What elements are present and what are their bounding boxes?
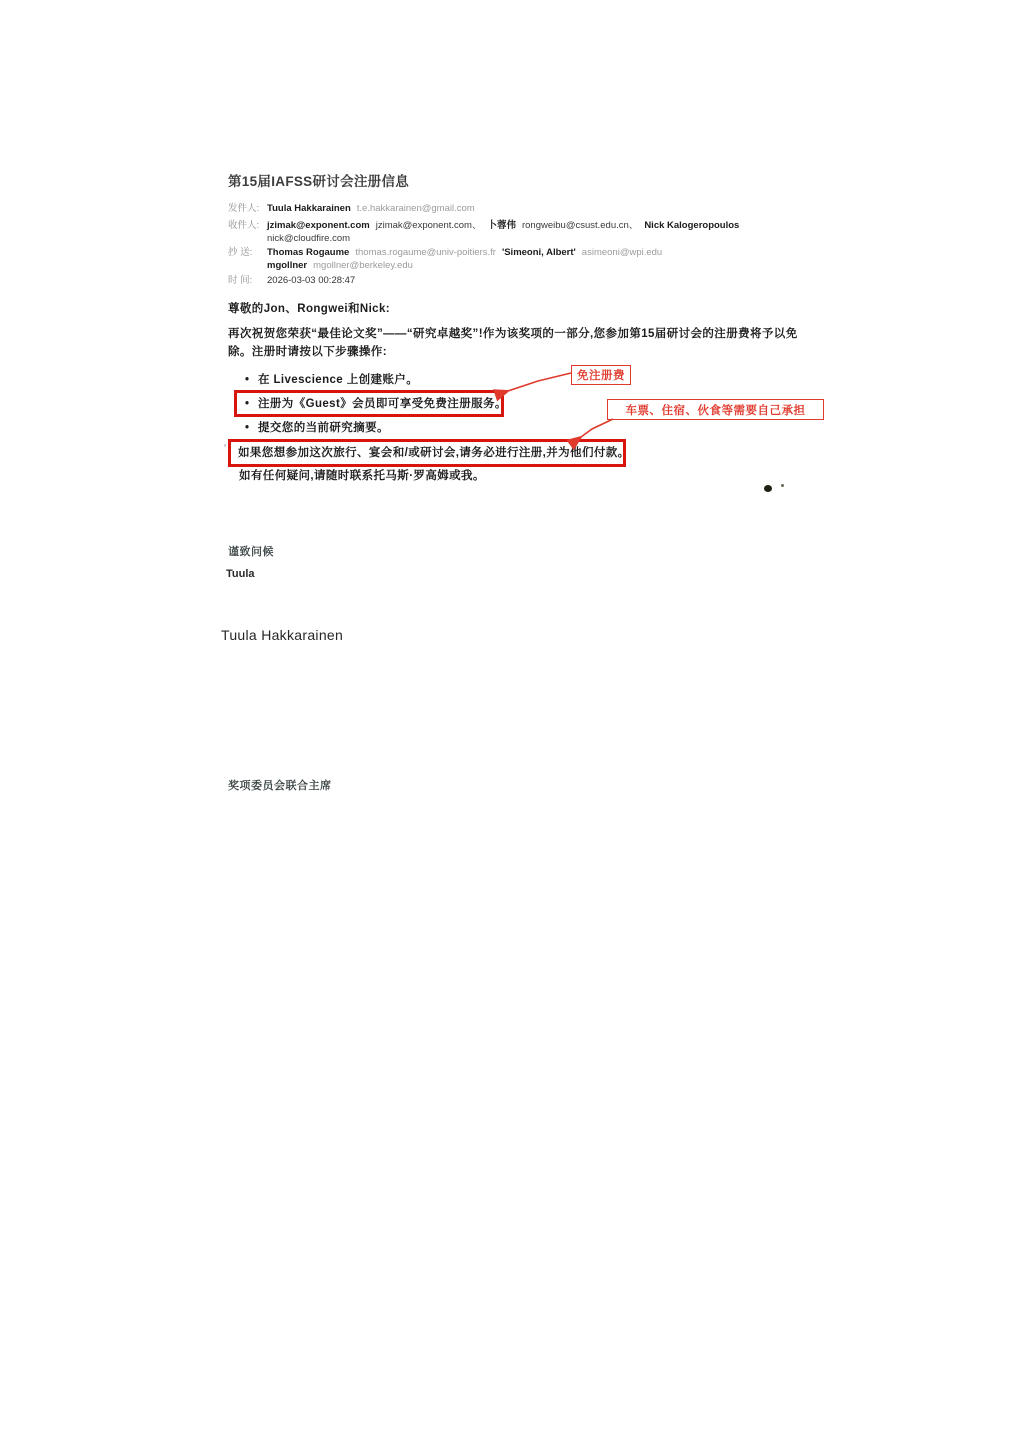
from-name: Tuula Hakkarainen	[267, 203, 351, 214]
email-document-page: { "colors": { "heavy_box_red": "#d7150c"…	[0, 0, 1024, 1448]
header-time-row: 时 间:2026-03-03 00:28:47	[228, 275, 355, 287]
email-subject: 第15届IAFSS研讨会注册信息	[228, 170, 409, 190]
ink-smudge	[764, 485, 772, 492]
to-email-3: nick@cloudfire.com	[267, 233, 350, 244]
bullet-icon: •	[245, 374, 258, 386]
signature-role-title: 奖项委员会联合主席	[228, 777, 332, 793]
bullet-item-submit-abstract: •提交您的当前研究摘要。	[245, 419, 389, 435]
annotation-note-1-text: 免注册费	[577, 367, 625, 383]
cc-email-1: thomas.rogaume@univ-poitiers.fr	[355, 247, 496, 258]
signature-full-name: Tuula Hakkarainen	[221, 627, 343, 643]
header-from-row: 发件人:Tuula Hakkarainent.e.hakkarainen@gma…	[228, 203, 475, 215]
header-cc-row: 抄 送:Thomas Rogaumethomas.rogaume@univ-po…	[228, 247, 662, 259]
intro-paragraph: 再次祝贺您荣获“最佳论文奖”——“研究卓越奖”!作为该奖项的一部分,您参加第15…	[228, 325, 798, 361]
signoff-line: 谨致问候	[228, 543, 274, 559]
signature-short: Tuula	[226, 568, 255, 580]
cc-email-2: asimeoni@wpi.edu	[582, 247, 662, 258]
bullet-icon: •	[245, 398, 258, 410]
cc-email-3: mgollner@berkeley.edu	[313, 260, 413, 271]
bullet-icon: •	[245, 422, 258, 434]
contact-line: 如有任何疑问,请随时联系托马斯·罗高姆或我。	[239, 467, 485, 483]
header-to-row-2: nick@cloudfire.com	[228, 233, 350, 245]
time-value: 2026-03-03 00:28:47	[267, 275, 355, 286]
annotation-note-free-registration: 免注册费	[571, 365, 631, 385]
header-to-row: 收件人:jzimak@exponent.comjzimak@exponent.c…	[228, 220, 739, 232]
to-name-2: 卜蓉伟	[487, 220, 516, 231]
bullet-3-text: 提交您的当前研究摘要。	[258, 422, 389, 434]
to-label: 收件人:	[228, 220, 267, 232]
stray-mark: ’	[224, 443, 226, 453]
from-label: 发件人:	[228, 203, 267, 215]
arrow-to-guest-box	[508, 373, 571, 391]
cc-label: 抄 送:	[228, 247, 267, 259]
to-email-2: rongweibu@csust.edu.cn、	[522, 220, 638, 231]
cc-name-2: 'Simeoni, Albert'	[502, 247, 576, 258]
to-email-1: jzimak@exponent.com、	[376, 220, 482, 231]
annotation-note-self-paid-expenses: 车票、住宿、伙食等需要自己承担	[607, 399, 824, 420]
ink-speck	[781, 484, 784, 487]
bullet-item-create-account: •在 Livescience 上创建账户。	[245, 371, 418, 387]
bullet-1-text: 在 Livescience 上创建账户。	[258, 374, 418, 386]
from-email: t.e.hakkarainen@gmail.com	[357, 203, 475, 214]
cc-name-3: mgollner	[267, 260, 307, 271]
header-cc-row-2: mgollnermgollner@berkeley.edu	[228, 260, 413, 272]
boxed-warning-line: 如果您想参加这次旅行、宴会和/或研讨会,请务必进行注册,并为他们付款。	[238, 444, 630, 460]
annotation-note-2-text: 车票、住宿、伙食等需要自己承担	[626, 402, 806, 418]
cc-name-1: Thomas Rogaume	[267, 247, 349, 258]
to-name-3: Nick Kalogeropoulos	[644, 220, 739, 231]
greeting-line: 尊敬的Jon、Rongwei和Nick:	[228, 300, 390, 316]
time-label: 时 间:	[228, 275, 267, 287]
bullet-2-text: 注册为《Guest》会员即可享受免费注册服务。	[258, 398, 507, 410]
arrow-to-warning-box	[581, 419, 613, 437]
bullet-item-guest-register: •注册为《Guest》会员即可享受免费注册服务。	[245, 395, 507, 411]
to-name-1: jzimak@exponent.com	[267, 220, 370, 231]
